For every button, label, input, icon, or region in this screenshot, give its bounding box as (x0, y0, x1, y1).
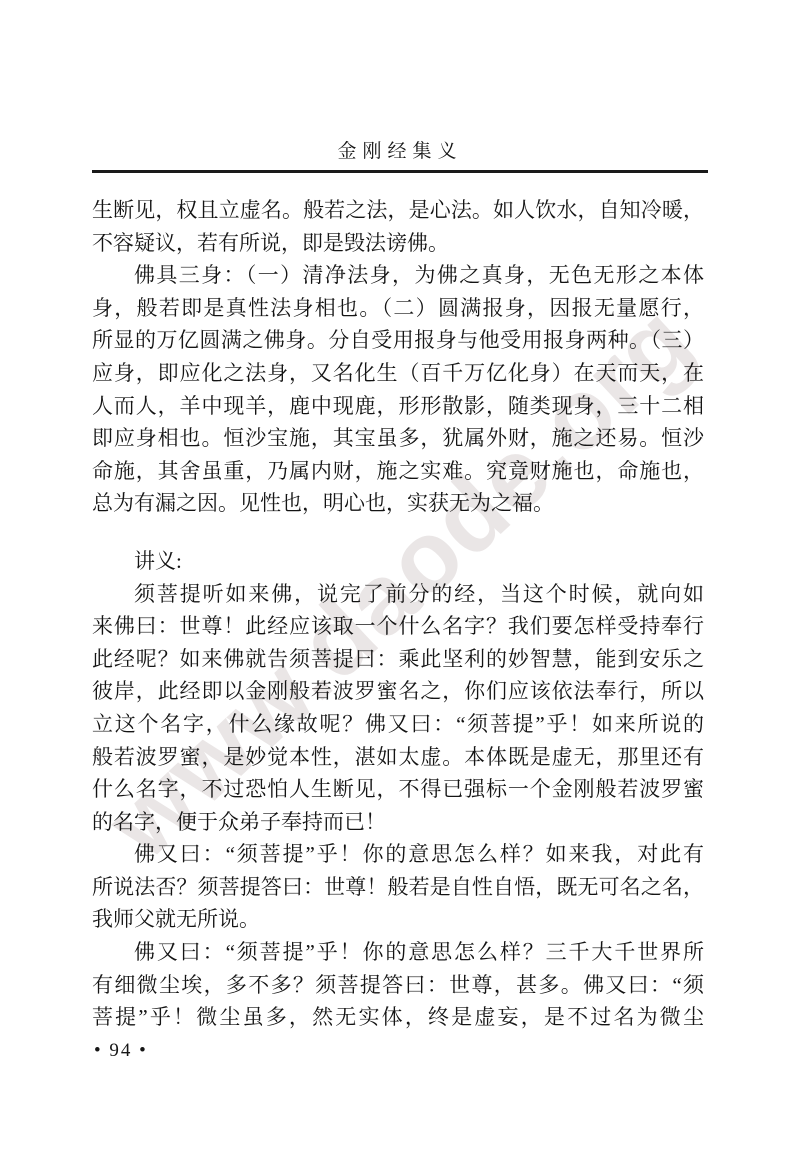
body-text: 生断见，权且立虚名。般若之法，是心法。如人饮水，自知冷暖， 不容疑议，若有所说，… (92, 194, 704, 1034)
text-line: 不容疑议，若有所说，即是毁法谤佛。 (92, 227, 704, 260)
text-line: 此经呢？如来佛就告须菩提曰：乘此坚利的妙智慧，能到安乐之 (92, 643, 704, 676)
paragraph: 佛具三身：（一）清净法身，为佛之真身，无色无形之本体 身，般若即是真性法身相也。… (92, 259, 704, 520)
paragraph: 生断见，权且立虚名。般若之法，是心法。如人饮水，自知冷暖， 不容疑议，若有所说，… (92, 194, 704, 259)
text-line: 般若波罗蜜，是妙觉本性，湛如太虚。本体既是虚无，那里还有 (92, 741, 704, 774)
text-line: 有细微尘埃，多不多？须菩提答曰：世尊，甚多。佛又曰：“须 (92, 969, 704, 1002)
text-line: 的名字，便于众弟子奉持而已！ (92, 806, 704, 839)
text-line: 身，般若即是真性法身相也。（二）圆满报身，因报无量愿行， (92, 292, 704, 325)
text-line: 命施，其舍虽重，乃属内财，施之实难。究竟财施也，命施也， (92, 455, 704, 488)
text-line: 总为有漏之因。见性也，明心也，实获无为之福。 (92, 487, 704, 520)
text-line: 生断见，权且立虚名。般若之法，是心法。如人饮水，自知冷暖， (92, 194, 704, 227)
page-number: • 94 • (94, 1040, 148, 1062)
text-line: 佛又曰：“须菩提”乎！你的意思怎么样？三千大千世界所 (92, 936, 704, 969)
text-line: 所显的万亿圆满之佛身。分自受用报身与他受用报身两种。（三） (92, 324, 704, 357)
text-line: 人而人，羊中现羊，鹿中现鹿，形形散影，随类现身，三十二相 (92, 390, 704, 423)
text-line: 佛具三身：（一）清净法身，为佛之真身，无色无形之本体 (92, 259, 704, 292)
text-line: 我师父就无所说。 (92, 903, 704, 936)
page-header-title: 金刚经集义 (92, 140, 708, 164)
paragraph: 佛又曰：“须菩提”乎！你的意思怎么样？三千大千世界所 有细微尘埃，多不多？须菩提… (92, 936, 704, 1034)
text-line: 应身，即应化之法身，又名化生（百千万亿化身）在天而天，在 (92, 357, 704, 390)
paragraph-section-heading: 讲义: (92, 545, 704, 578)
text-line: 立这个名字，什么缘故呢？佛又曰：“须菩提”乎！如来所说的 (92, 708, 704, 741)
paragraph: 佛又曰：“须菩提”乎！你的意思怎么样？如来我，对此有 所说法否？须菩提答曰：世尊… (92, 838, 704, 936)
page-header: 金刚经集义 (92, 140, 708, 173)
text-line: 来佛曰：世尊！此经应该取一个什么名字？我们要怎样受持奉行 (92, 610, 704, 643)
text-line: 须菩提听如来佛，说完了前分的经，当这个时候，就向如 (92, 578, 704, 611)
text-line: 佛又曰：“须菩提”乎！你的意思怎么样？如来我，对此有 (92, 838, 704, 871)
text-line: 即应身相也。恒沙宝施，其宝虽多，犹属外财，施之还易。恒沙 (92, 422, 704, 455)
text-line: 什么名字，不过恐怕人生断见，不得已强标一个金刚般若波罗蜜 (92, 773, 704, 806)
text-line: 菩提”乎！微尘虽多，然无实体，终是虚妄，是不过名为微尘 (92, 1001, 704, 1034)
text-line: 所说法否？须菩提答曰：世尊！般若是自性自悟，既无可名之名， (92, 871, 704, 904)
section-heading: 讲义: (92, 545, 704, 578)
header-rule (92, 170, 708, 173)
book-page: www.daode.org 金刚经集义 生断见，权且立虚名。般若之法，是心法。如… (0, 0, 794, 1149)
text-line: 彼岸，此经即以金刚般若波罗蜜名之，你们应该依法奉行，所以 (92, 675, 704, 708)
paragraph: 须菩提听如来佛，说完了前分的经，当这个时候，就向如 来佛曰：世尊！此经应该取一个… (92, 578, 704, 839)
